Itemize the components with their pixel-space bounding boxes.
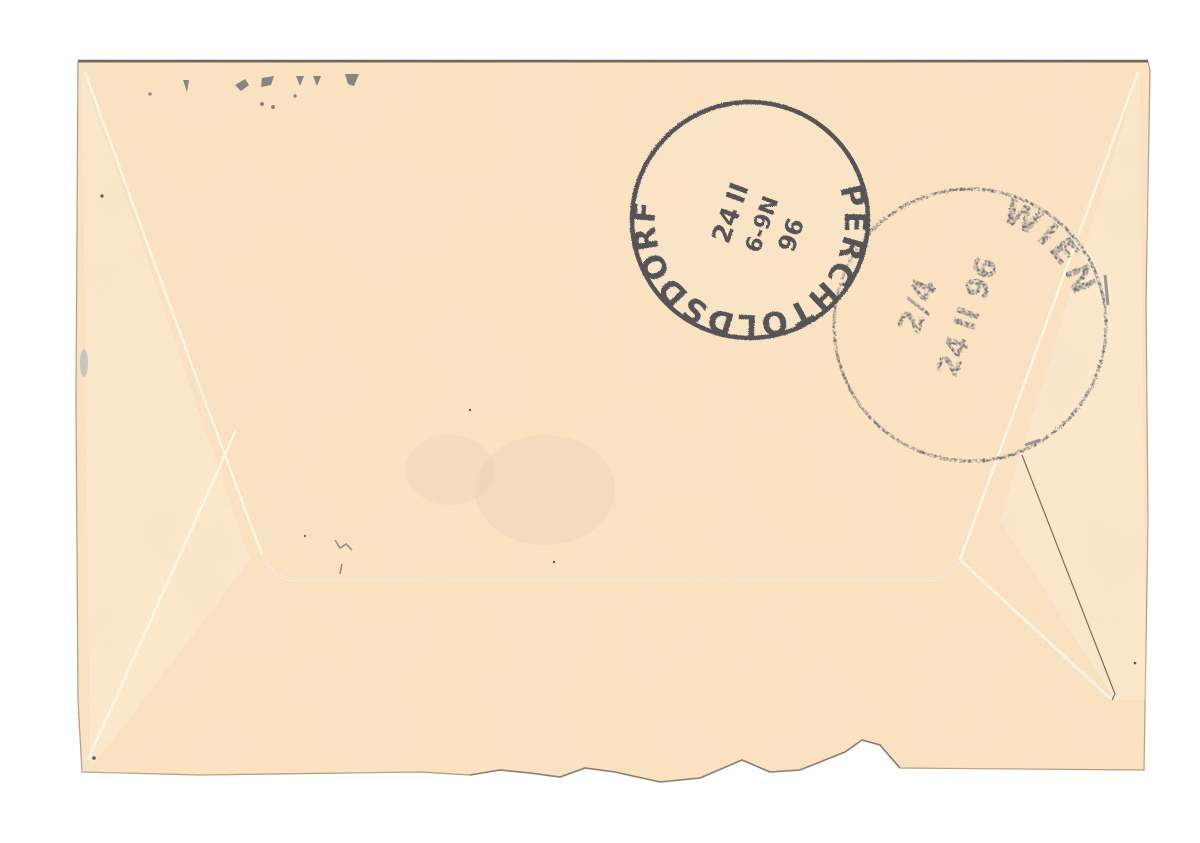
- envelope-back: WIEN 2/4 24 II 96 PERCHTOLDSDORF 24II: [0, 0, 1200, 843]
- envelope-scene: WIEN 2/4 24 II 96 PERCHTOLDSDORF 24II: [0, 0, 1200, 843]
